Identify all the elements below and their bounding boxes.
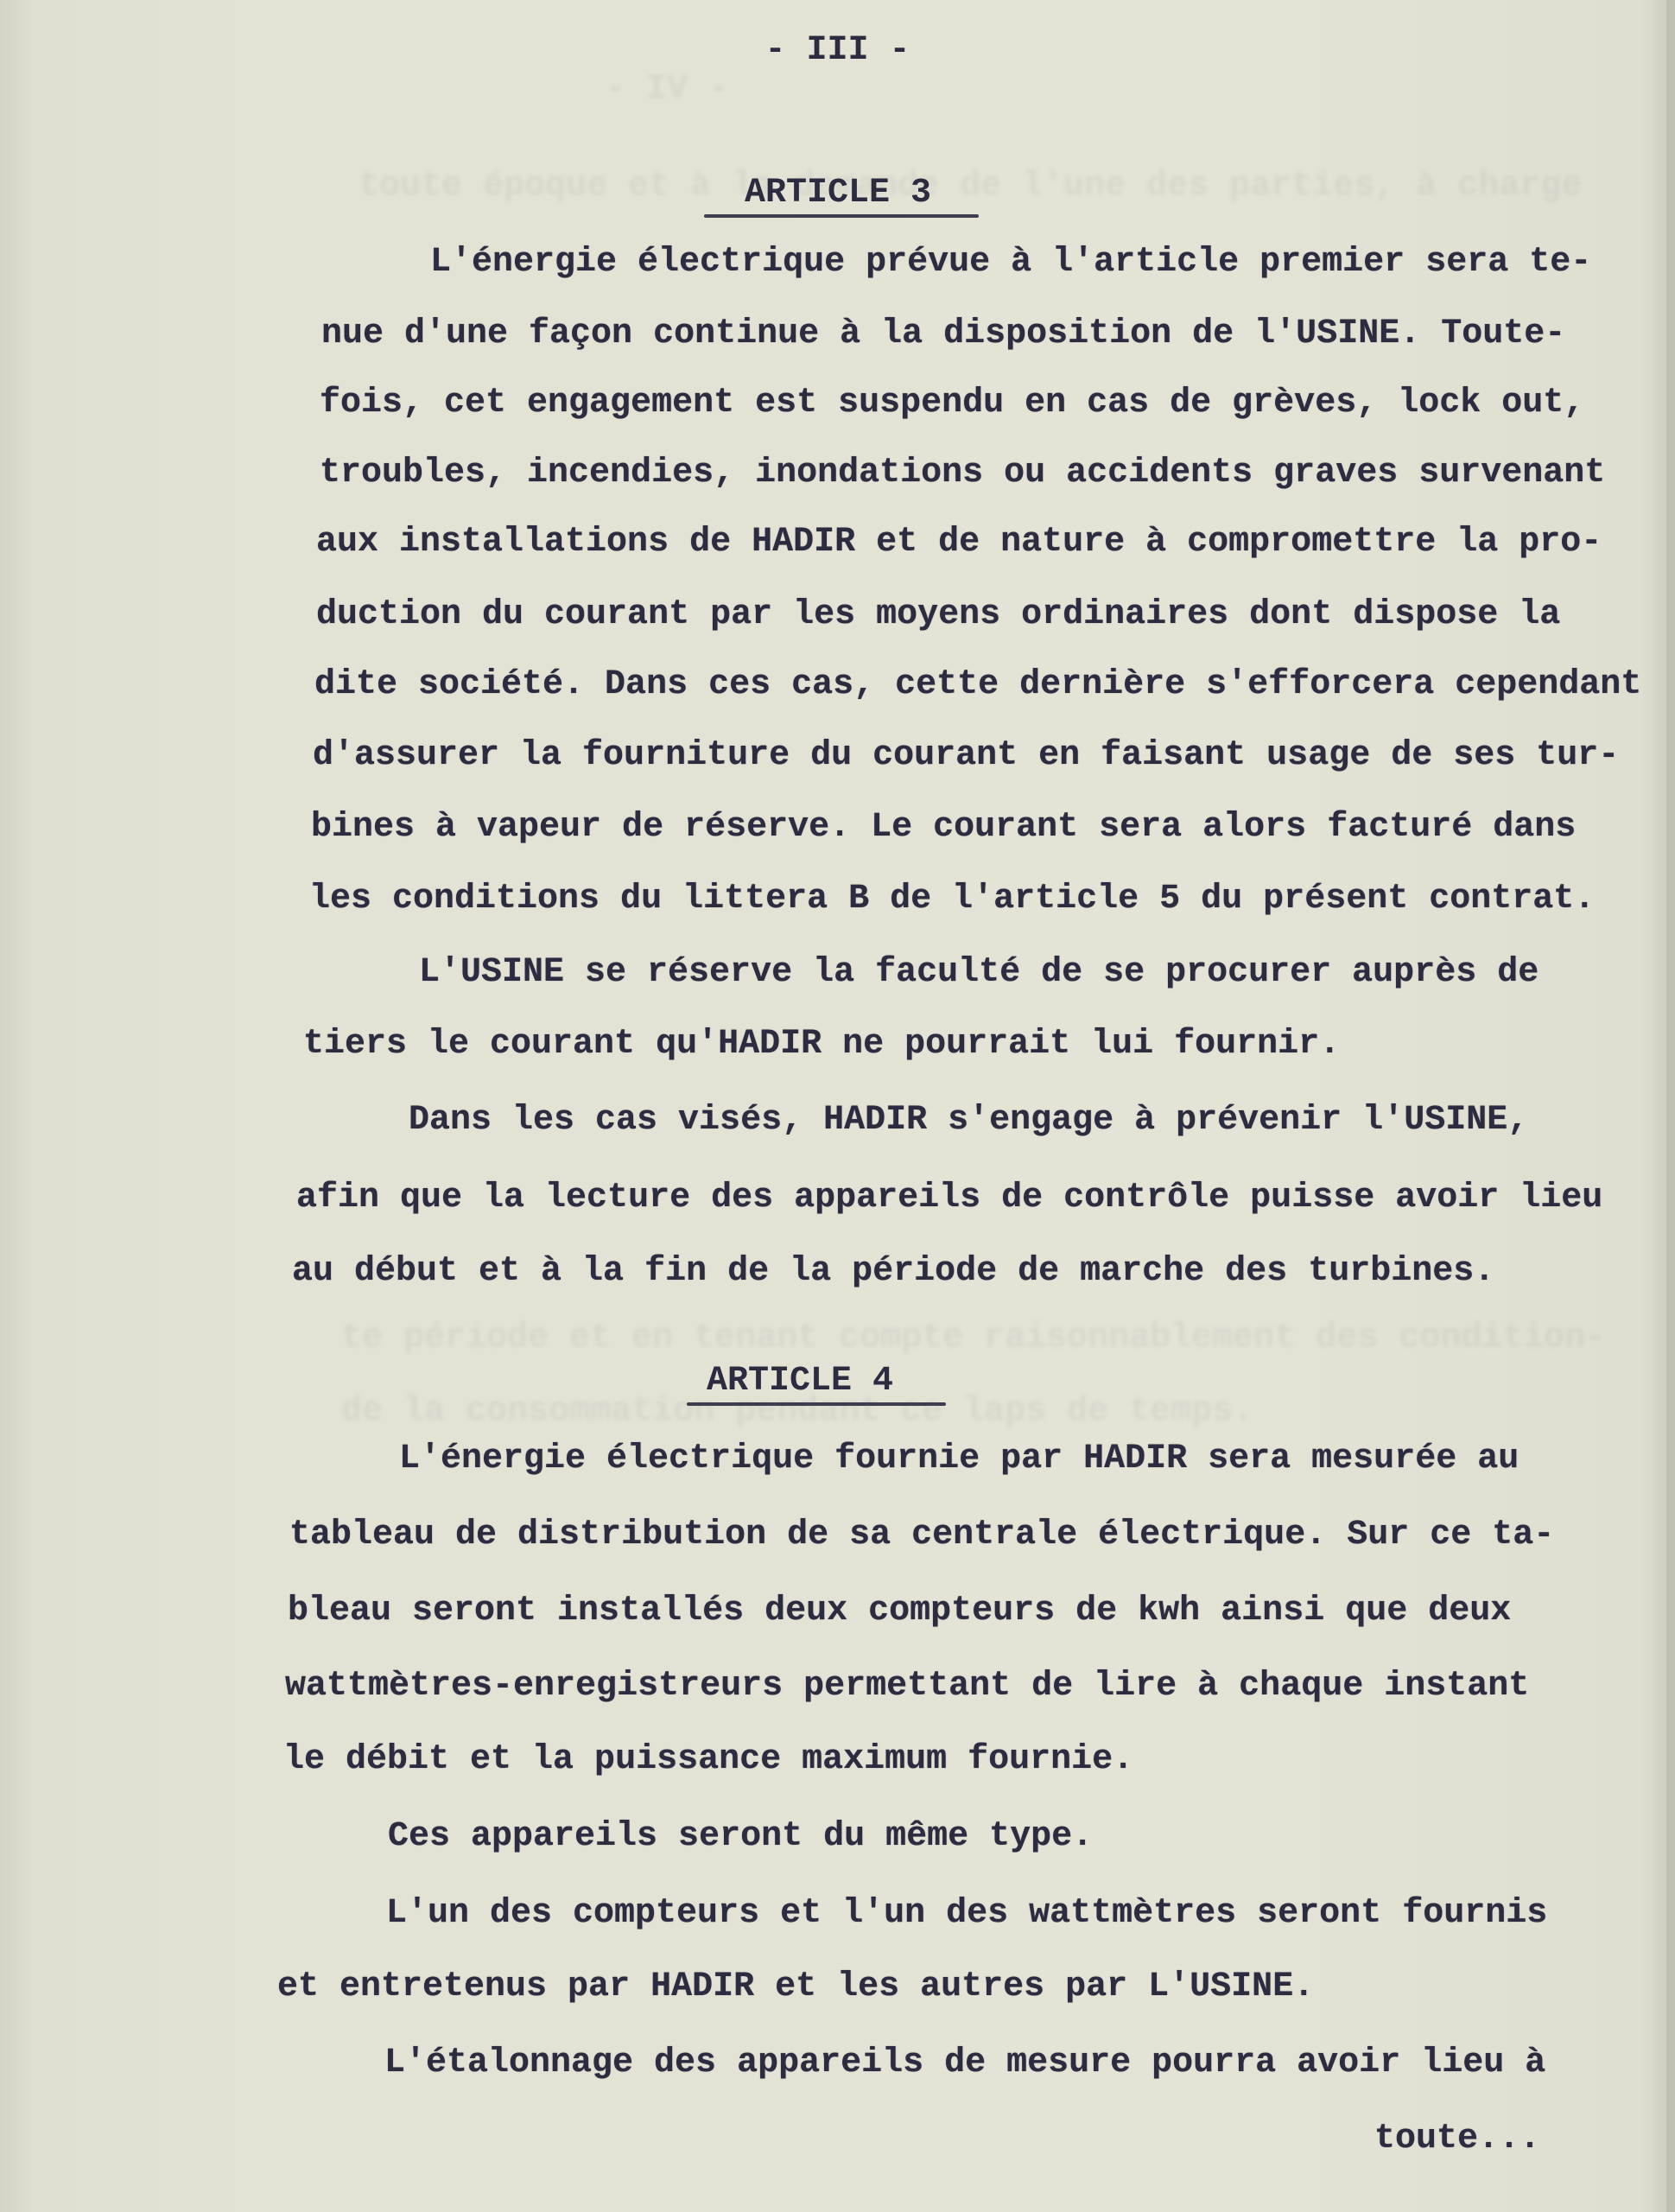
heading-underline [704,214,979,218]
text-line: duction du courant par les moyens ordina… [316,594,1560,636]
page-edge [1666,0,1675,2212]
text-line: aux installations de HADIR et de nature … [316,522,1602,563]
text-line: tableau de distribution de sa centrale é… [289,1515,1554,1556]
text-line: L'USINE se réserve la faculté de se proc… [419,952,1539,994]
bleed-through-text: te période et en tenant compte raisonnab… [341,1318,1606,1359]
text-line: troubles, incendies, inondations ou acci… [320,453,1605,494]
text-line: wattmètres-enregistreurs permettant de l… [285,1666,1529,1707]
text-line: L'énergie électrique fournie par HADIR s… [399,1439,1519,1480]
text-line: fois, cet engagement est suspendu en cas… [320,383,1584,424]
article-heading: ARTICLE 3 [745,173,931,214]
page-number: - III - [0,31,1675,70]
text-line: les conditions du littera B de l'article… [309,879,1595,920]
text-line: afin que la lecture des appareils de con… [296,1178,1602,1219]
text-line: bines à vapeur de réserve. Le courant se… [311,807,1576,849]
heading-underline [687,1402,946,1406]
text-line: L'énergie électrique prévue à l'article … [430,242,1591,283]
bleed-through-text: - IV - [605,69,729,111]
text-line: bleau seront installés deux compteurs de… [288,1591,1511,1632]
text-line: nue d'une façon continue à la dispositio… [321,314,1565,355]
text-line: dite société. Dans ces cas, cette derniè… [314,664,1641,706]
text-line: L'un des compteurs et l'un des wattmètre… [386,1893,1547,1935]
text-line: tiers le courant qu'HADIR ne pourrait lu… [303,1024,1340,1065]
bleed-through-text: toute époque et à la demande de l'une de… [358,166,1582,207]
text-line: L'étalonnage des appareils de mesure pou… [384,2043,1545,2084]
continuation-text: toute... [1374,2119,1540,2160]
text-line: d'assurer la fourniture du courant en fa… [313,735,1619,777]
article-heading: ARTICLE 4 [707,1361,893,1402]
text-line: Ces appareils seront du même type. [388,1816,1093,1858]
text-line: au début et à la fin de la période de ma… [292,1251,1494,1293]
text-line: et entretenus par HADIR et les autres pa… [277,1967,1314,2008]
typed-document-page: - IV - toute époque et à la demande de l… [0,0,1675,2212]
text-line: Dans les cas visés, HADIR s'engage à pré… [409,1100,1528,1141]
text-line: le débit et la puissance maximum fournie… [283,1739,1133,1781]
